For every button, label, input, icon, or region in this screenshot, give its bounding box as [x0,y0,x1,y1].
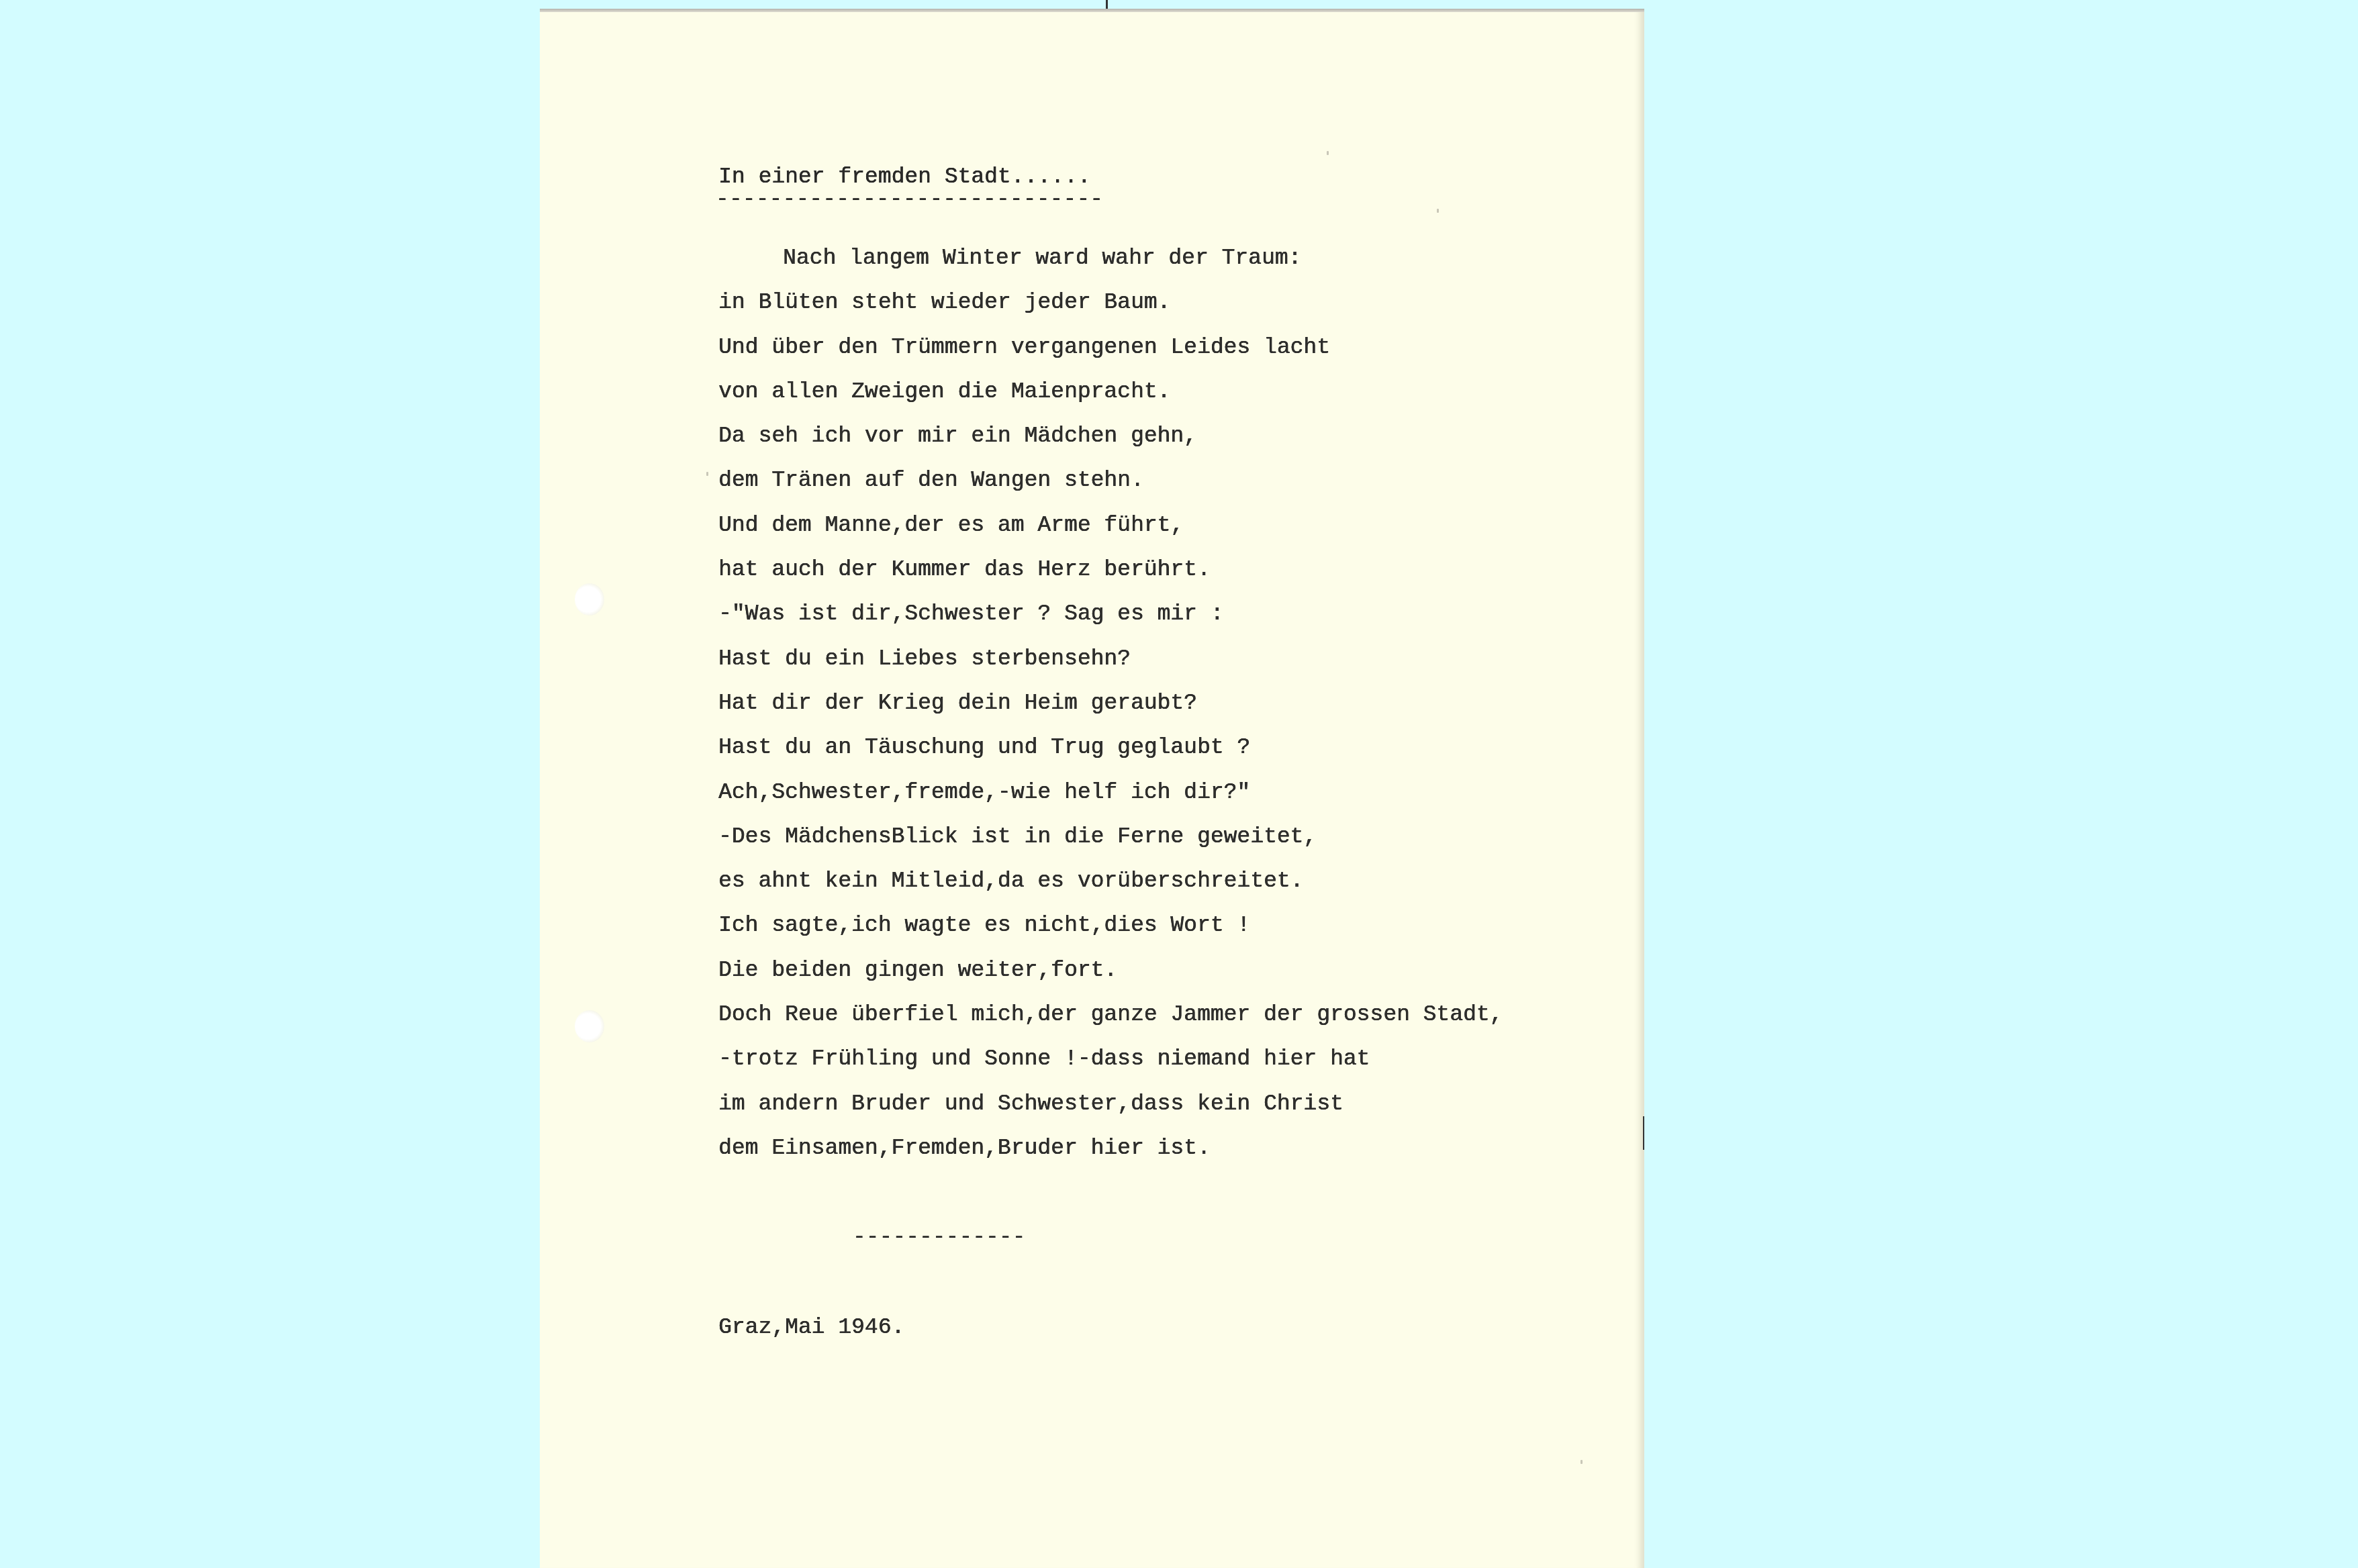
poem-line: von allen Zweigen die Maienpracht. [718,379,1503,423]
punch-hole-icon [575,1010,604,1042]
paper-speck [706,472,708,476]
page-edge-mark [1106,0,1108,9]
paper-speck [1437,209,1439,213]
paper-speck [1327,151,1329,155]
poem-line: -trotz Frühling und Sonne !-dass niemand… [718,1046,1503,1090]
scanned-page: In einer fremden Stadt...... -----------… [540,9,1644,1568]
poem-line: Die beiden gingen weiter,fort. [718,957,1503,1001]
document-viewer: In einer fremden Stadt...... -----------… [0,0,2358,1568]
poem-line: Hat dir der Krieg dein Heim geraubt? [718,690,1503,734]
poem-line: Da seh ich vor mir ein Mädchen gehn, [718,423,1503,467]
poem-line: Nach langem Winter ward wahr der Traum: [718,245,1503,289]
poem-line: hat auch der Kummer das Herz berührt. [718,556,1503,601]
poem-line: im andern Bruder und Schwester,dass kein… [718,1091,1503,1135]
page-edge-mark [1643,1116,1644,1150]
poem-line: in Blüten steht wieder jeder Baum. [718,289,1503,334]
poem-line: -Des MädchensBlick ist in die Ferne gewe… [718,824,1503,868]
poem-line: Hast du an Täuschung und Trug geglaubt ? [718,734,1503,779]
poem-line: -"Was ist dir,Schwester ? Sag es mir : [718,601,1503,645]
poem-line: Ach,Schwester,fremde,-wie helf ich dir?" [718,779,1503,824]
poem-line: dem Einsamen,Fremden,Bruder hier ist. [718,1135,1503,1179]
poem-body: Nach langem Winter ward wahr der Traum:i… [718,245,1503,1179]
poem-line: es ahnt kein Mitleid,da es vorüberschrei… [718,868,1503,912]
page-top-edge [540,9,1644,12]
paper-speck [1581,1460,1583,1464]
poem-line: Ich sagte,ich wagte es nicht,dies Wort ! [718,912,1503,957]
poem-line: Und über den Trümmern vergangenen Leides… [718,334,1503,379]
poem-line: Und dem Manne,der es am Arme führt, [718,512,1503,556]
poem-line: Doch Reue überfiel mich,der ganze Jammer… [718,1001,1503,1046]
closing-divider: ------------- [853,1225,1025,1250]
poem-line: dem Tränen auf den Wangen stehn. [718,467,1503,511]
punch-hole-icon [575,583,604,616]
poem-title: In einer fremden Stadt...... [718,164,1091,189]
poem-line: Hast du ein Liebes sterbensehn? [718,646,1503,690]
place-date-line: Graz,Mai 1946. [718,1315,904,1340]
title-underline: ----------------------------- [716,187,1103,212]
